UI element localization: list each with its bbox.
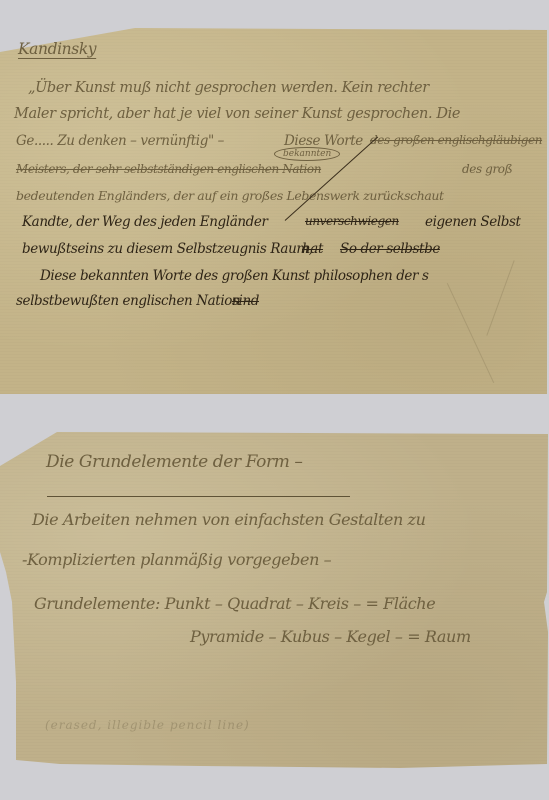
text-line: eigenen Selbst <box>425 214 521 230</box>
heading-underline <box>47 496 350 497</box>
struck-text: des großen englischgläubigen <box>370 133 542 147</box>
inserted-annotation: bekannten <box>274 147 340 161</box>
text-line: Kandte, der Weg des jeden Engländer <box>22 214 268 230</box>
text-line: Grundelemente: Punkt – Quadrat – Kreis –… <box>34 594 435 613</box>
struck-text: unverschwiegen <box>305 214 399 228</box>
paper-fold-crease <box>486 260 514 336</box>
struck-text: So der selbstbe <box>340 241 440 257</box>
struck-text: hat <box>302 241 323 257</box>
text-line: -Komplizierten planmäßig vorgegeben – <box>22 550 331 569</box>
text-line: selbstbewußten englischen Nation – <box>16 293 251 309</box>
text-line: Diese bekannten Worte des großen Kunst p… <box>40 268 429 284</box>
text-line: Ge..... Zu denken – vernünftig" – <box>16 133 224 149</box>
struck-text: sind <box>232 293 259 309</box>
text-line: bewußtseins zu diesem Selbstzeugnis Raum… <box>22 241 313 257</box>
text-line: „Über Kunst muß nicht gesprochen werden.… <box>28 80 429 96</box>
text-line: Maler spricht, aber hat je viel von sein… <box>14 106 460 122</box>
text-line: des groß <box>462 162 512 176</box>
heading-title: Die Grundelemente der Form – <box>46 452 303 472</box>
erased-pencil-line: (erased, illegible pencil line) <box>45 718 250 732</box>
heading-author: Kandinsky <box>18 40 96 58</box>
text-line: bedeutenden Engländers, der auf ein groß… <box>16 188 444 203</box>
text-line: Die Arbeiten nehmen von einfachsten Gest… <box>32 510 425 529</box>
struck-text: Meisters, der sehr selbstständigen engli… <box>16 162 321 176</box>
text-line: Pyramide – Kubus – Kegel – = Raum <box>190 627 471 646</box>
